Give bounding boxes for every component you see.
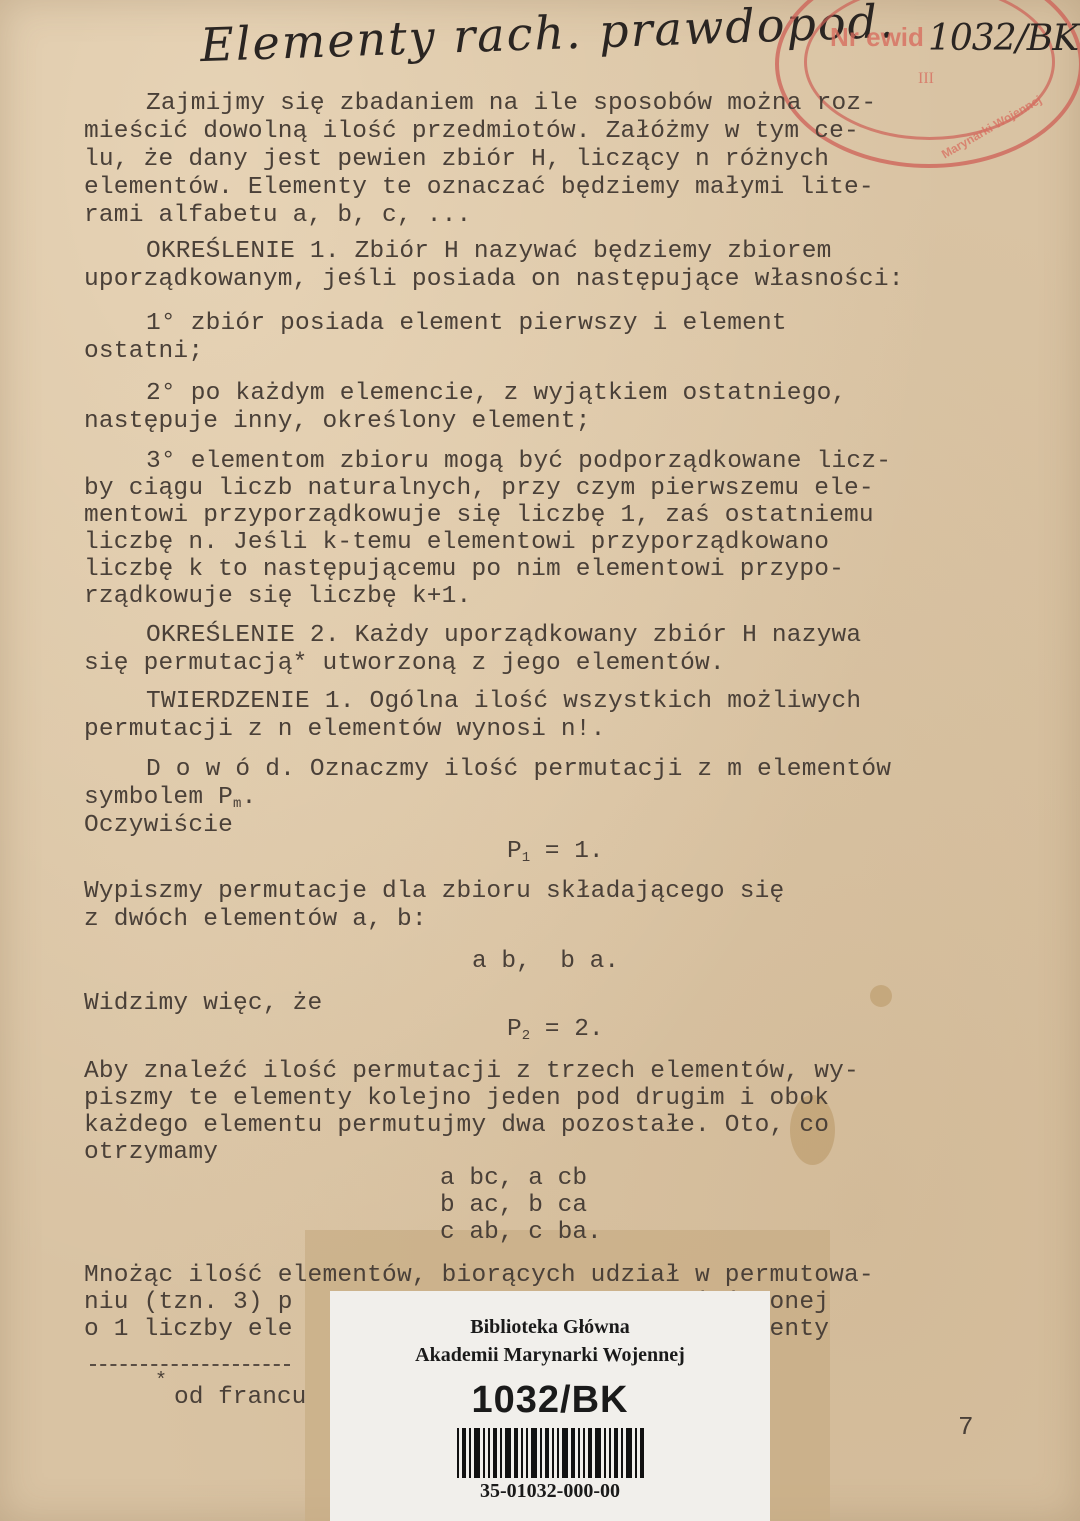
property-3: mentowi przyporządkowuje się liczbę 1, z… bbox=[84, 502, 1004, 530]
definition-2: OKREŚLENIE 2. Każdy uporządkowany zbiór … bbox=[146, 622, 1066, 650]
three-permutation: c ab, c ba. bbox=[440, 1219, 602, 1247]
property-3: rządkowuje się liczbę k+1. bbox=[84, 583, 1004, 611]
intro-line: Zajmijmy się zbadaniem na ile sposobów m… bbox=[146, 90, 1066, 118]
definition-1: uporządkowanym, jeśli posiada on następu… bbox=[84, 266, 1004, 294]
intro-line: lu, że dany jest pewien zbiór H, liczący… bbox=[84, 146, 1004, 174]
footnote: od francu bbox=[174, 1384, 306, 1412]
footnote-marker: * bbox=[155, 1368, 167, 1396]
library-label: Biblioteka Główna Akademii Marynarki Woj… bbox=[330, 1291, 770, 1521]
inventory-number: 1032/BK bbox=[928, 18, 1078, 59]
three-permutation: b ac, b ca bbox=[440, 1192, 587, 1220]
property-1: ostatni; bbox=[84, 338, 1004, 366]
label-library-name: Biblioteka Główna bbox=[330, 1313, 770, 1341]
three-elements: piszmy te elementy kolejno jeden pod dru… bbox=[84, 1085, 1004, 1113]
definition-1: OKREŚLENIE 1. Zbiór H nazywać będziemy z… bbox=[146, 238, 1066, 266]
obviously: Oczywiście bbox=[84, 812, 1004, 840]
intro-line: rami alfabetu a, b, c, ... bbox=[84, 202, 1004, 230]
proof-line: D o w ó d. Oznaczmy ilość permutacji z m… bbox=[146, 756, 1066, 784]
multiply-line: Mnożąc ilość elementów, biorących udział… bbox=[84, 1262, 1004, 1290]
property-3: liczbę k to następującemu po nim element… bbox=[84, 556, 1004, 584]
definition-2: się permutacją* utworzoną z jego element… bbox=[84, 650, 1004, 678]
property-3: by ciągu liczb naturalnych, przy czym pi… bbox=[84, 475, 1004, 503]
three-elements: każdego elementu permutujmy dwa pozostał… bbox=[84, 1112, 1004, 1140]
equation-p1: P1 = 1. bbox=[507, 838, 604, 872]
two-elements: Wypiszmy permutacje dla zbioru składając… bbox=[84, 878, 1004, 906]
theorem-1: permutacji z n elementów wynosi n!. bbox=[84, 716, 1004, 744]
intro-line: mieścić dowolną ilość przedmiotów. Załóż… bbox=[84, 118, 1004, 146]
stamp-label: Nr ewid bbox=[830, 22, 924, 53]
property-3: 3° elementom zbioru mogą być podporządko… bbox=[146, 448, 1066, 476]
we-see: Widzimy więc, że bbox=[84, 990, 1004, 1018]
equation-p2: P2 = 2. bbox=[507, 1016, 604, 1050]
label-institution: Akademii Marynarki Wojennej bbox=[330, 1341, 770, 1369]
theorem-1: TWIERDZENIE 1. Ogólna ilość wszystkich m… bbox=[146, 688, 1066, 716]
property-3: liczbę n. Jeśli k-temu elementowi przypo… bbox=[84, 529, 1004, 557]
barcode bbox=[330, 1428, 770, 1478]
page-number: 7 bbox=[958, 1412, 974, 1442]
property-2: następuje inny, określony element; bbox=[84, 408, 1004, 436]
label-call-number: 1032/BK bbox=[330, 1379, 770, 1422]
stamp-roman: III bbox=[918, 70, 934, 88]
two-elements: z dwóch elementów a, b: bbox=[84, 906, 1004, 934]
property-1: 1° zbiór posiada element pierwszy i elem… bbox=[146, 310, 1066, 338]
intro-line: elementów. Elementy te oznaczać będziemy… bbox=[84, 174, 1004, 202]
barcode-number: 35-01032-000-00 bbox=[330, 1480, 770, 1503]
three-permutation: a bc, a cb bbox=[440, 1165, 587, 1193]
footnote-divider bbox=[90, 1364, 290, 1366]
two-permutations: a b, b a. bbox=[472, 948, 619, 976]
property-2: 2° po każdym elemencie, z wyjątkiem osta… bbox=[146, 380, 1066, 408]
three-elements: Aby znaleźć ilość permutacji z trzech el… bbox=[84, 1058, 1004, 1086]
three-elements: otrzymamy bbox=[84, 1139, 1004, 1167]
